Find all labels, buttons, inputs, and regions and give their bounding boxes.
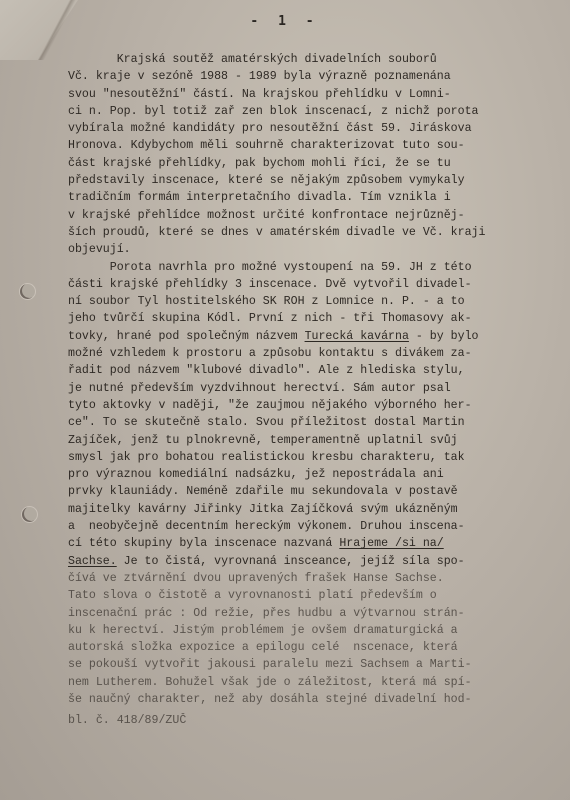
text-line: je nutné především vyzdvihnout herectví.…: [68, 380, 528, 397]
text-line: nem Lutherem. Bohužel však jde o záležit…: [68, 674, 528, 691]
underlined-title: Hrajeme /si na/: [339, 537, 443, 550]
text-line: Sachse. Je to čistá, vyrovnaná insceance…: [68, 553, 528, 570]
text-line: ce". To se skutečně stalo. Svou příležit…: [68, 414, 528, 431]
page-number: - 1 -: [0, 14, 570, 29]
text-line: a neobyčejně decentním hereckým výkonem.…: [68, 518, 528, 535]
text-line: části krajské přehlídky 3 inscenace. Dvě…: [68, 276, 528, 293]
text-line: majitelky kavárny Jiřinky Jitka Zajíčkov…: [68, 501, 528, 518]
text-line: ších proudů, které se dnes v amatérském …: [68, 224, 528, 241]
text-line: představily inscenace, které se nějakým …: [68, 172, 528, 189]
text-line: pro výraznou komediální nadsázku, jež ne…: [68, 466, 528, 483]
text-line: tyto aktovky v naději, "že zaujmou nějak…: [68, 397, 528, 414]
underlined-title: Sachse.: [68, 555, 117, 568]
text-line: tradičním formám interpretačního divadla…: [68, 189, 528, 206]
text-line: část krajské přehlídky, pak bychom mohli…: [68, 155, 528, 172]
text-line: řadit pod názvem "klubové divadlo". Ale …: [68, 362, 528, 379]
text-line: objevují.: [68, 241, 528, 258]
text-line: ní soubor Tyl hostitelského SK ROH z Lom…: [68, 293, 528, 310]
text-line: tovky, hrané pod společným názvem Tureck…: [68, 328, 528, 345]
text-line: možné vzhledem k prostoru a způsobu kont…: [68, 345, 528, 362]
text-line: jeho tvůrčí skupina Kódl. První z nich -…: [68, 310, 528, 327]
text-line: ku k herectví. Jistým problémem je ovšem…: [68, 622, 528, 639]
text-line: Hronova. Kdybychom měli souhrně charakte…: [68, 137, 528, 154]
text-line: Krajská soutěž amatérských divadelních s…: [68, 51, 528, 68]
text-line: Vč. kraje v sezóně 1988 - 1989 byla výra…: [68, 68, 528, 85]
text-line: prvky klauniády. Neméně zdařile mu sekun…: [68, 483, 528, 500]
text-line: Zajíček, jenž tu plnokrevně, temperament…: [68, 432, 528, 449]
text-line: inscenační prác : Od režie, přes hudbu a…: [68, 605, 528, 622]
punch-hole-bottom: [22, 507, 37, 522]
text-line: smysl jak pro bohatou realistickou kresb…: [68, 449, 528, 466]
text-line: autorská složka expozice a epilogu celé …: [68, 639, 528, 656]
text-line: v krajské přehlídce možnost určité konfr…: [68, 207, 528, 224]
text-line: Tato slova o čistotě a vyrovnanosti plat…: [68, 587, 528, 604]
text-line: Porota navrhla pro možné vystoupení na 5…: [68, 259, 528, 276]
text-line: ci n. Pop. byl totiž zař zen blok inscen…: [68, 103, 528, 120]
text-line: svou "nesoutěžní" částí. Na krajskou pře…: [68, 86, 528, 103]
text-line: vybírala možné kandidáty pro nesoutěžní …: [68, 120, 528, 137]
text-line: še naučný charakter, než aby dosáhla ste…: [68, 691, 528, 708]
text-line: čívá ve ztvárnění dvou upravených frašek…: [68, 570, 528, 587]
punch-hole-top: [20, 284, 35, 299]
underlined-title: Turecká kavárna: [305, 330, 409, 343]
footer-reference: bl. č. 418/89/ZUČ: [68, 712, 528, 729]
text-line: cí této skupiny byla inscenace nazvaná H…: [68, 535, 528, 552]
typewritten-body: Krajská soutěž amatérských divadelních s…: [68, 51, 528, 730]
text-line: se pokouší vytvořit jakousi paralelu mez…: [68, 656, 528, 673]
paper-page: - 1 - Krajská soutěž amatérských divadel…: [0, 0, 570, 800]
